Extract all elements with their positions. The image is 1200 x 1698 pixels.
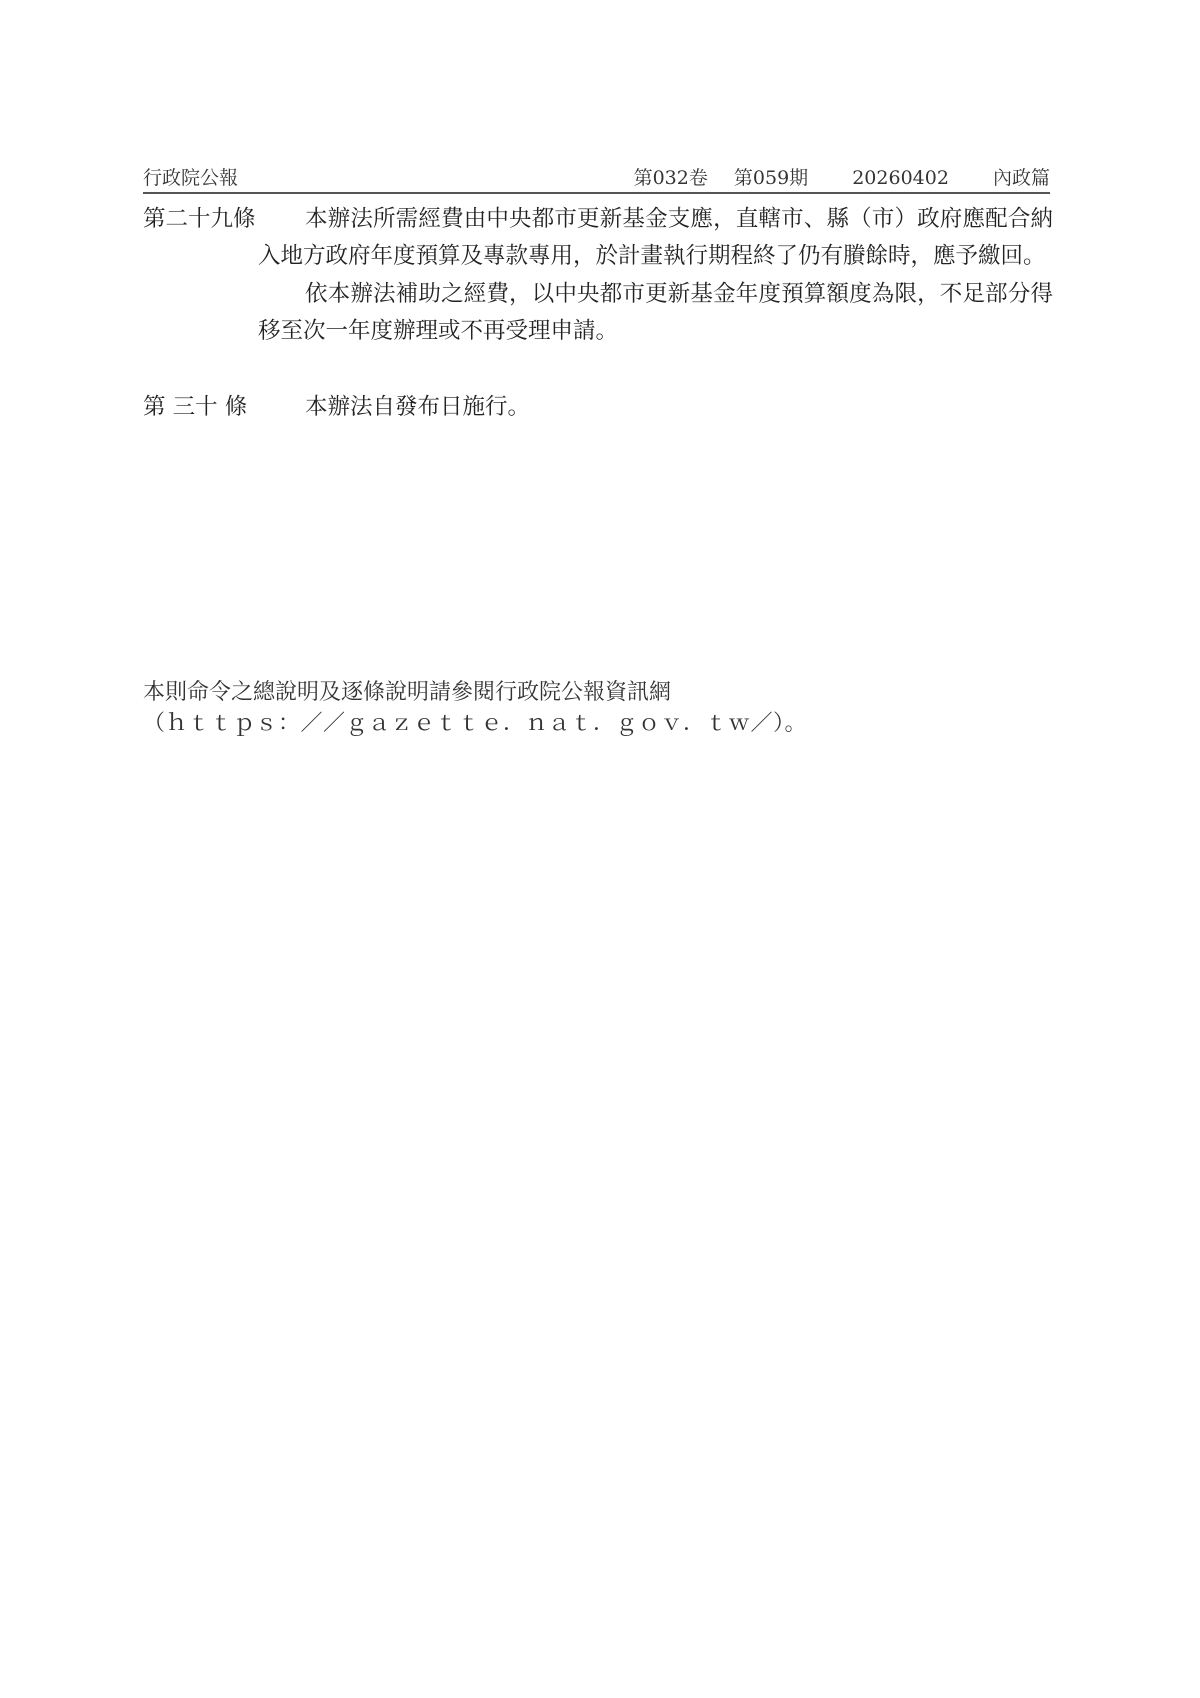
gazette-name: 行政院公報 [143, 166, 238, 190]
article-30: 第 三十 條 本辦法自發布日施行。 [143, 389, 1053, 426]
article-label: 第 三十 條 [143, 389, 247, 426]
section-name: 內政篇 [993, 166, 1050, 190]
page-header: 行政院公報 第032卷 第059期 20260402 內政篇 [143, 166, 1050, 194]
explanation-note: 本則命令之總說明及逐條說明請參閱行政院公報資訊網 （ｈｔｔｐｓ：／／ｇａｚｅｔｔ… [143, 677, 843, 739]
article-paragraph: 本辦法自發布日施行。 [258, 389, 1053, 426]
article-label: 第二十九條 [143, 201, 256, 238]
note-text: 本則命令之總說明及逐條說明請參閱行政院公報資訊網 [143, 677, 843, 708]
gazette-url: （ｈｔｔｐｓ：／／ｇａｚｅｔｔｅ．ｎａｔ．ｇｏｖ．ｔｗ／）。 [143, 708, 843, 739]
publication-date: 20260402 [852, 166, 949, 190]
article-paragraph: 依本辦法補助之經費，以中央都市更新基金年度預算額度為限，不足部分得移至次一年度辦… [258, 276, 1053, 350]
issue-meta: 第032卷 第059期 20260402 內政篇 [634, 166, 1050, 190]
article-paragraph: 本辦法所需經費由中央都市更新基金支應，直轄市、縣（市）政府應配合納入地方政府年度… [258, 201, 1053, 275]
volume-number: 第032卷 [634, 166, 708, 190]
issue-number: 第059期 [734, 166, 808, 190]
article-29: 第二十九條 本辦法所需經費由中央都市更新基金支應，直轄市、縣（市）政府應配合納入… [143, 201, 1053, 350]
